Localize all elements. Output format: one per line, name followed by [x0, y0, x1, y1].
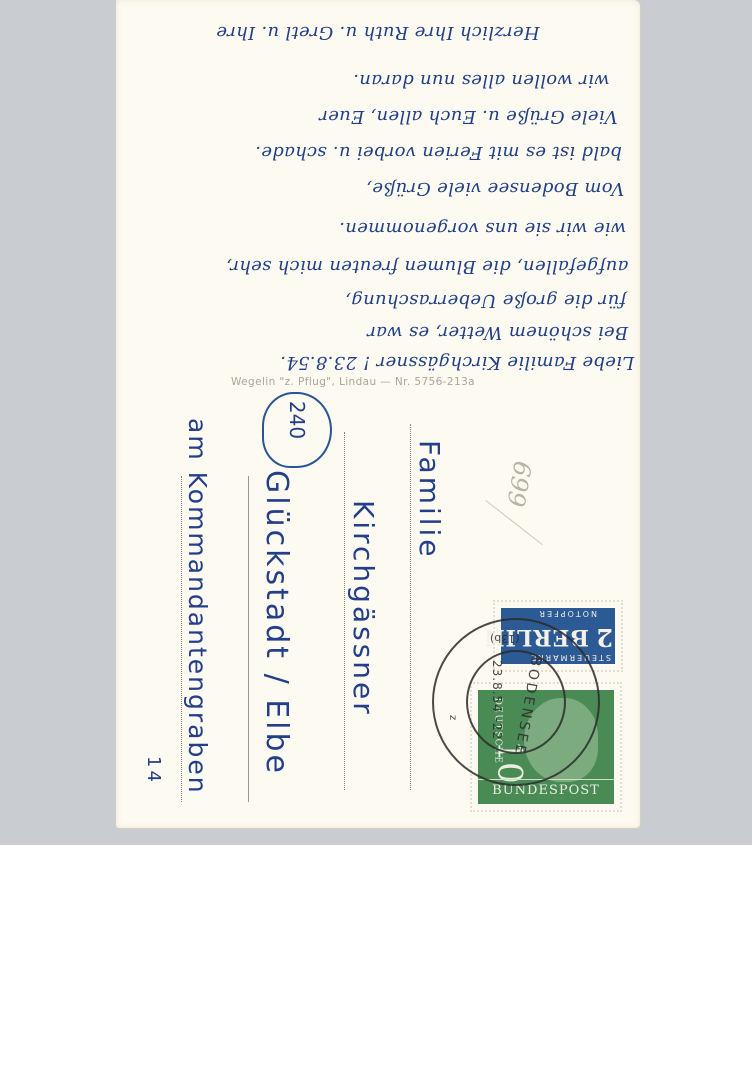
- message-line: Liebe Familie Kirchgässner ! 23.8.54.: [280, 352, 634, 373]
- message-line: aufgefallen, die Blumen freuten mich seh…: [226, 256, 628, 277]
- address-rule: [181, 476, 182, 802]
- message-line: Viele Grüße u. Euch allen, Euer: [319, 106, 618, 127]
- publisher-imprint: Wegelin "z. Pflug", Lindau — Nr. 5756-21…: [231, 376, 475, 388]
- message-line: wir wollen alles nun daran.: [353, 70, 610, 91]
- pencil-note: 699: [501, 459, 537, 509]
- address-line-4: am Kommandantengraben: [183, 418, 212, 795]
- postmark-letter: z: [447, 715, 458, 720]
- message-line: Herzlich Ihre Ruth u. Gretl u. Ihre: [216, 22, 540, 43]
- address-line-2: Kirchgässner: [347, 500, 380, 717]
- postcard: Liebe Familie Kirchgässner ! 23.8.54. Be…: [116, 0, 640, 828]
- message-line: Bei schönem Wetter, es war: [367, 322, 628, 343]
- postmark-code: (13b): [490, 632, 520, 645]
- message-line: wie wir sie uns vorgenommen.: [339, 218, 626, 239]
- pencil-stroke: [485, 500, 542, 545]
- stamp-bottom-text: NOTOPFER: [537, 609, 597, 618]
- stamp-value: 2: [596, 623, 613, 652]
- address-rule: [248, 476, 249, 802]
- address-house-number: 14: [143, 756, 164, 785]
- address-line-1: Familie: [413, 440, 446, 560]
- stamp-bottom-text: BUNDESPOST: [478, 783, 614, 798]
- postmark: (13b) BODENSEE 23.8.54 -22 z: [432, 618, 600, 786]
- message-line: für die große Ueberraschung,: [345, 290, 626, 311]
- address-rule: [410, 424, 411, 790]
- message-line: Vom Bodensee viele Grüße,: [366, 178, 624, 199]
- postmark-date: 23.8.54 -22: [490, 660, 504, 740]
- address-line-3: Glückstadt / Elbe: [259, 470, 294, 776]
- circled-number-text: 240: [285, 401, 309, 439]
- message-line: bald ist es mit Ferien vorbei u. schade.: [255, 142, 622, 163]
- address-rule: [344, 432, 345, 790]
- circled-number: 240: [262, 392, 332, 468]
